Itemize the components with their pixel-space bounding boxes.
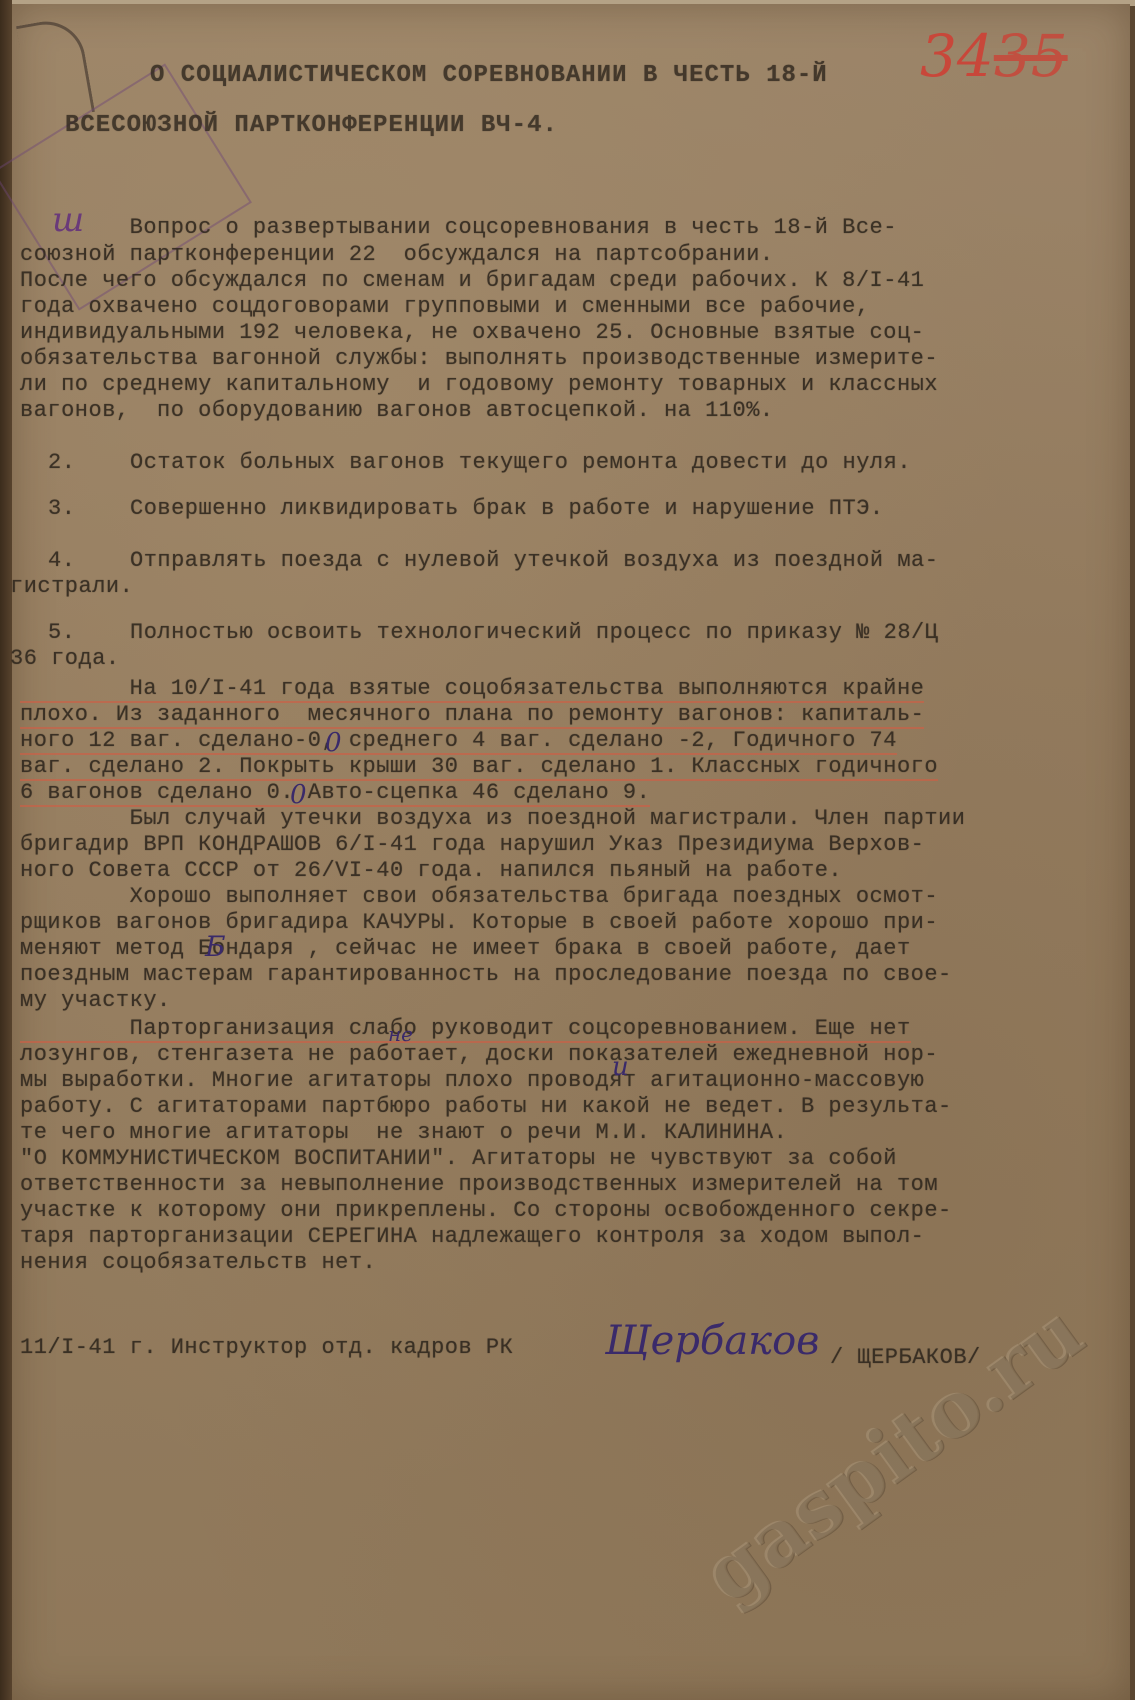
party-line: таря парторганизации СЕРЕГИНА надлежащег… (20, 1224, 924, 1249)
status-line: Хорошо выполняет свои обязательства бриг… (20, 884, 938, 909)
item-text: Отправлять поезда с нулевой утечкой возд… (130, 548, 938, 573)
item-text: Совершенно ликвидировать брак в работе и… (130, 496, 884, 521)
status-line: ного Совета СССР от 26/VI-40 года. напил… (20, 858, 842, 883)
body-line: обязательства вагонной службы: выполнять… (20, 346, 938, 371)
party-line: работу. С агитаторами партбюро работы ни… (20, 1094, 952, 1119)
status-line: рщиков вагонов бригадира КАЧУРЫ. Которые… (20, 910, 938, 935)
status-line: 6 вагонов сделано 0. Авто-сцепка 46 сдел… (20, 780, 650, 807)
item-text: Остаток больных вагонов текущего ремонта… (130, 450, 911, 475)
party-line: ответственности за невыполнение производ… (20, 1172, 938, 1197)
item-number: 2. (48, 450, 75, 475)
party-line: те чего многие агитаторы не знают о речи… (20, 1120, 787, 1145)
body-line: союзной партконференции 22 обсуждался на… (20, 242, 774, 267)
ink-correction-zero: 0 (325, 728, 342, 758)
signature-line: 11/I-41 г. Инструктор отд. кадров РК (20, 1335, 513, 1360)
ink-correction-word: не (388, 1022, 413, 1046)
item-continuation: 36 года. (10, 646, 120, 671)
body-line: После чего обсуждался по сменам и бригад… (20, 268, 924, 293)
body-line: вагонов, по оборудованию вагонов автосце… (20, 398, 774, 423)
status-line: ваг. сделано 2. Покрыть крыши 30 ваг. сд… (20, 754, 938, 781)
sheet-number-current: 34 (920, 22, 994, 90)
item-number: 3. (48, 496, 75, 521)
status-line: му участку. (20, 988, 171, 1013)
item-number: 5. (48, 620, 75, 645)
status-line: На 10/I-41 года взятые соцобязательства … (20, 676, 924, 703)
body-line: года охвачено соцдоговорами групповыми и… (20, 294, 870, 319)
item-continuation: гистрали. (10, 574, 133, 599)
title-line-1: О СОЦИАЛИСТИЧЕСКОМ СОРЕВНОВАНИИ В ЧЕСТЬ … (150, 62, 828, 89)
status-line: поездным мастерам гарантированность на п… (20, 962, 952, 987)
body-line: индивидуальными 192 человека, не охвачен… (20, 320, 924, 345)
party-line: лозунгов, стенгазета не работает, доски … (20, 1042, 938, 1067)
status-line: плохо. Из заданного месячного плана по р… (20, 702, 924, 729)
sheet-number: 3435 (920, 22, 1068, 90)
item-number: 4. (48, 548, 75, 573)
ink-correction-letter: Б (205, 930, 226, 963)
status-line: Был случай утечки воздуха из поездной ма… (20, 806, 965, 831)
status-line: бригадир ВРП КОНДРАШОВ 6/I-41 года наруш… (20, 832, 924, 857)
party-line: Парторганизация слабо руководит соцсорев… (20, 1016, 911, 1043)
status-line: меняют метод Бондаря , сейчас не имеет б… (20, 936, 911, 961)
handwritten-signature: Щербаков (605, 1318, 819, 1364)
body-line: ли по среднему капитальному и годовому р… (20, 372, 938, 397)
sheet-number-struck: 35 (994, 22, 1068, 90)
ink-correction-word: и (612, 1052, 629, 1082)
body-line: Вопрос о развертывании соцсоревнования в… (20, 215, 897, 240)
ink-correction-zero: 0 (290, 780, 307, 810)
party-line: нения соцобязательств нет. (20, 1250, 376, 1275)
item-text: Полностью освоить технологический процес… (130, 620, 938, 645)
party-line: "О КОММУНИСТИЧЕСКОМ ВОСПИТАНИИ". Агитато… (20, 1146, 897, 1171)
party-line: мы выработки. Многие агитаторы плохо про… (20, 1068, 924, 1093)
title-line-2: ВСЕСОЮЗНОЙ ПАРТКОНФЕРЕНЦИИ ВЧ-4. (65, 112, 558, 139)
status-line: ного 12 ваг. сделано-0, среднего 4 ваг. … (20, 728, 897, 755)
party-line: участке к которому они прикреплены. Со с… (20, 1198, 952, 1223)
